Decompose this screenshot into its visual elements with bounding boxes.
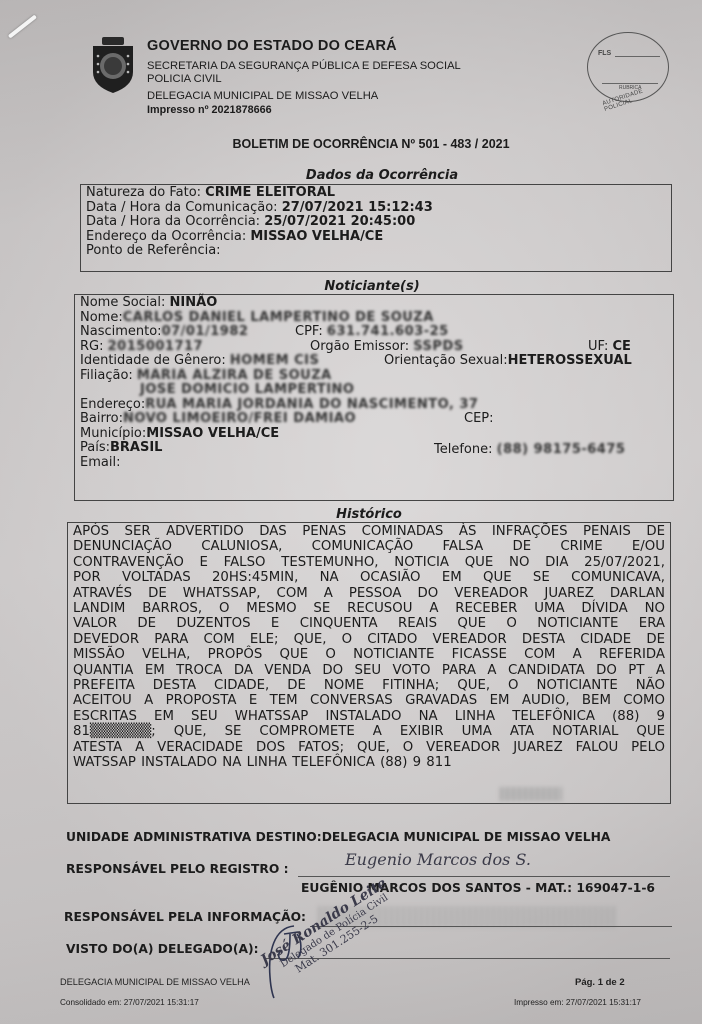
occ-datetime: 25/07/2021 20:45:00 (264, 214, 415, 229)
address-label: Endereço: (80, 397, 145, 412)
city-label: Município: (80, 426, 146, 441)
mother-name-redacted: MARIA ALZIRA DE SOUZA (137, 369, 332, 384)
history-line: DEVEDOR PARA COM ELE; QUE, O CITADO VERE… (73, 632, 665, 647)
delegacia-name: DELEGACIA MUNICIPAL DE MISSAO VELHA (147, 90, 378, 102)
history-line: CONTRAVENÇÃO E FALSO TESTEMUNHO, NOTICIA… (73, 555, 665, 570)
page-number-stamp: FLS RUBRICA AUTORIDADE POLICIAL (587, 32, 669, 102)
history-line: WATSSAP INSTALADO NA LINHA TELEFÔNICA (8… (73, 755, 665, 770)
history-line: MISSÃO VELHA, PROPÔS QUE O NOTICIANTE FI… (73, 647, 665, 662)
notifier-section-title: Noticiante(s) (72, 279, 672, 294)
cep-label: CEP: (464, 411, 494, 426)
gender-label: Identidade de Gênero: (80, 353, 226, 368)
destination-row: UNIDADE ADMINISTRATIVA DESTINO:DELEGACIA… (66, 830, 610, 844)
redacted-phone-blur (500, 787, 562, 801)
rg-label: RG: (80, 339, 104, 354)
social-name-value: NINÃO (170, 295, 218, 310)
email-label: Email: (80, 455, 120, 470)
occ-address-label: Endereço da Ocorrência: (86, 229, 246, 244)
destination-value: DELEGACIA MUNICIPAL DE MISSAO VELHA (322, 830, 611, 844)
history-section-title: Histórico (67, 507, 671, 522)
government-title: GOVERNO DO ESTADO DO CEARÁ (147, 38, 397, 54)
registrar-signature-line (298, 876, 670, 877)
history-line: ACEITOU A PROPOSTA E TEM CONVERSAS GRAVA… (73, 693, 665, 708)
history-line: 81▒▒▒▒▒▒; QUE, SE COMPROMETE A EXIBIR UM… (73, 724, 665, 739)
destination-label: UNIDADE ADMINISTRATIVA DESTINO: (66, 830, 322, 844)
printed-number: Impresso nº 2021878666 (147, 104, 272, 116)
reference-label: Ponto de Referência: (86, 243, 221, 258)
cpf-label: CPF: (295, 324, 323, 339)
registrar-signature: Eugenio Marcos dos S. (345, 850, 531, 869)
filiation-label: Filiação: (80, 368, 133, 383)
notifier-box: Nome Social: NINÃO Nome:CARLOS DANIEL LA… (74, 294, 674, 501)
father-name-redacted: JOSE DOMICIO LAMPERTINO (140, 383, 354, 398)
cpf-value-redacted: 631.741.603-25 (327, 325, 449, 340)
gender-value-redacted: HOMEM CIS (230, 354, 319, 369)
history-line: VALOR DE DUZENTOS E CINQUENTA REAIS QUE … (73, 616, 665, 631)
birth-value-redacted: 07/01/1982 (162, 325, 249, 340)
nature-value: CRIME ELEITORAL (205, 185, 335, 200)
consolidated-date: Consolidado em: 27/07/2021 15:31:17 (60, 998, 199, 1007)
fls-label: FLS (598, 50, 611, 57)
orientation-value: HETEROSSEXUAL (508, 353, 632, 368)
printed-date: Impresso em: 27/07/2021 15:31:17 (514, 998, 641, 1007)
document-title: BOLETIM DE OCORRÊNCIA Nº 501 - 483 / 202… (0, 137, 702, 151)
city-value: MISSAO VELHA/CE (146, 426, 279, 441)
social-name-label: Nome Social: (80, 295, 165, 310)
history-line: QUANTIA EM TROCA DA VENDA DO SEU VOTO PA… (73, 663, 665, 678)
district-label: Bairro: (80, 411, 123, 426)
history-line: ATESTA A VERACIDADE DOS FATOS; QUE, O VE… (73, 740, 665, 755)
country-value: BRASIL (110, 440, 162, 455)
page-indicator: Pág. 1 de 2 (575, 977, 625, 988)
orientation-label: Orientação Sexual: (384, 353, 508, 368)
history-line: PREFEITA DESTA CIDADE, DE NOME FITINHA; … (73, 678, 665, 693)
occ-label: Data / Hora da Ocorrência: (86, 214, 260, 229)
issuer-value-redacted: SSPDS (413, 340, 463, 355)
history-line: DENUNCIAÇÃO CALUNIOSA, COMUNICAÇÃO FALSA… (73, 539, 665, 554)
history-line: POR VOLTADAS 20HS:45MIN, NA OCASIÃO EM Q… (73, 570, 665, 585)
issuer-label: Orgão Emissor: (310, 339, 409, 354)
history-line: ESCRITAS EM SEU WHATSSAP INSTALADO NA LI… (73, 709, 665, 724)
occ-address-value: MISSAO VELHA/CE (250, 229, 383, 244)
name-value-redacted: CARLOS DANIEL LAMPERTINO DE SOUZA (123, 311, 434, 326)
comm-label: Data / Hora da Comunicação: (86, 200, 278, 215)
police-name: POLICIA CIVIL (147, 73, 222, 85)
uf-value: CE (613, 339, 631, 354)
history-box: APÓS SER ADVERTIDO DAS PENAS COMINADAS À… (67, 522, 671, 804)
history-line: ATRAVÉS DE WHATSSAP, COM A PESSOA DO VER… (73, 586, 665, 601)
history-line: APÓS SER ADVERTIDO DAS PENAS COMINADAS À… (73, 524, 665, 539)
comm-datetime: 27/07/2021 15:12:43 (282, 200, 433, 215)
registrar-label: RESPONSÁVEL PELO REGISTRO : (66, 862, 289, 876)
police-crest-icon (90, 36, 136, 94)
nature-label: Natureza do Fato: (86, 185, 201, 200)
district-value-redacted: NOVO LIMOEIRO/FREI DAMIAO (123, 412, 356, 427)
occurrence-box: Natureza do Fato: CRIME ELEITORAL Data /… (80, 184, 672, 272)
birth-label: Nascimento: (80, 324, 162, 339)
office-name: DELEGACIA MUNICIPAL DE MISSAO VELHA (60, 977, 250, 987)
secretariat-name: SECRETARIA DA SEGURANÇA PÚBLICA E DEFESA… (147, 60, 461, 72)
address-value-redacted: RUA MARIA JORDANIA DO NASCIMENTO, 37 (145, 398, 478, 413)
history-line: LANDIM BARROS, O MESMO SE RECUSOU A RECE… (73, 601, 665, 616)
occurrence-section-title: Dados da Ocorrência (82, 168, 682, 183)
country-label: País: (80, 440, 110, 455)
rg-value-redacted: 2015001717 (108, 340, 203, 355)
delegate-label: VISTO DO(A) DELEGADO(A): (66, 942, 259, 956)
name-label: Nome: (80, 310, 123, 325)
uf-label: UF: (588, 339, 608, 354)
